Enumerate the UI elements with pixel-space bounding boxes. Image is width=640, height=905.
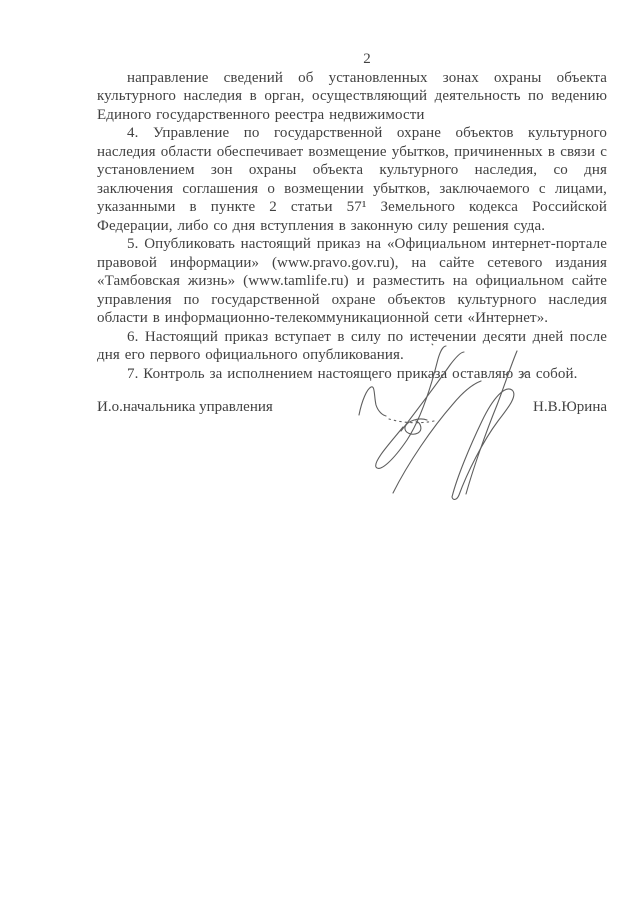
paragraph-item-6: 6. Настоящий приказ вступает в силу по и… [97, 328, 607, 365]
paragraph-continuation: направление сведений об установленных зо… [97, 69, 607, 125]
signature-row: И.о.начальника управления Н.В.Юрина [97, 398, 607, 417]
scanned-document-page: 2 направление сведений об установленных … [0, 0, 640, 905]
paragraph-item-4: 4. Управление по государственной охране … [97, 124, 607, 235]
document-body: 2 направление сведений об установленных … [97, 50, 607, 383]
signature-stroke [405, 419, 427, 434]
signature-stroke [389, 419, 434, 423]
signatory-name: Н.В.Юрина [533, 398, 607, 417]
paragraph-item-5: 5. Опубликовать настоящий приказ на «Офи… [97, 235, 607, 328]
paragraph-item-7: 7. Контроль за исполнением настоящего пр… [97, 365, 607, 384]
page-number: 2 [97, 50, 607, 69]
signatory-title: И.о.начальника управления [97, 398, 273, 417]
